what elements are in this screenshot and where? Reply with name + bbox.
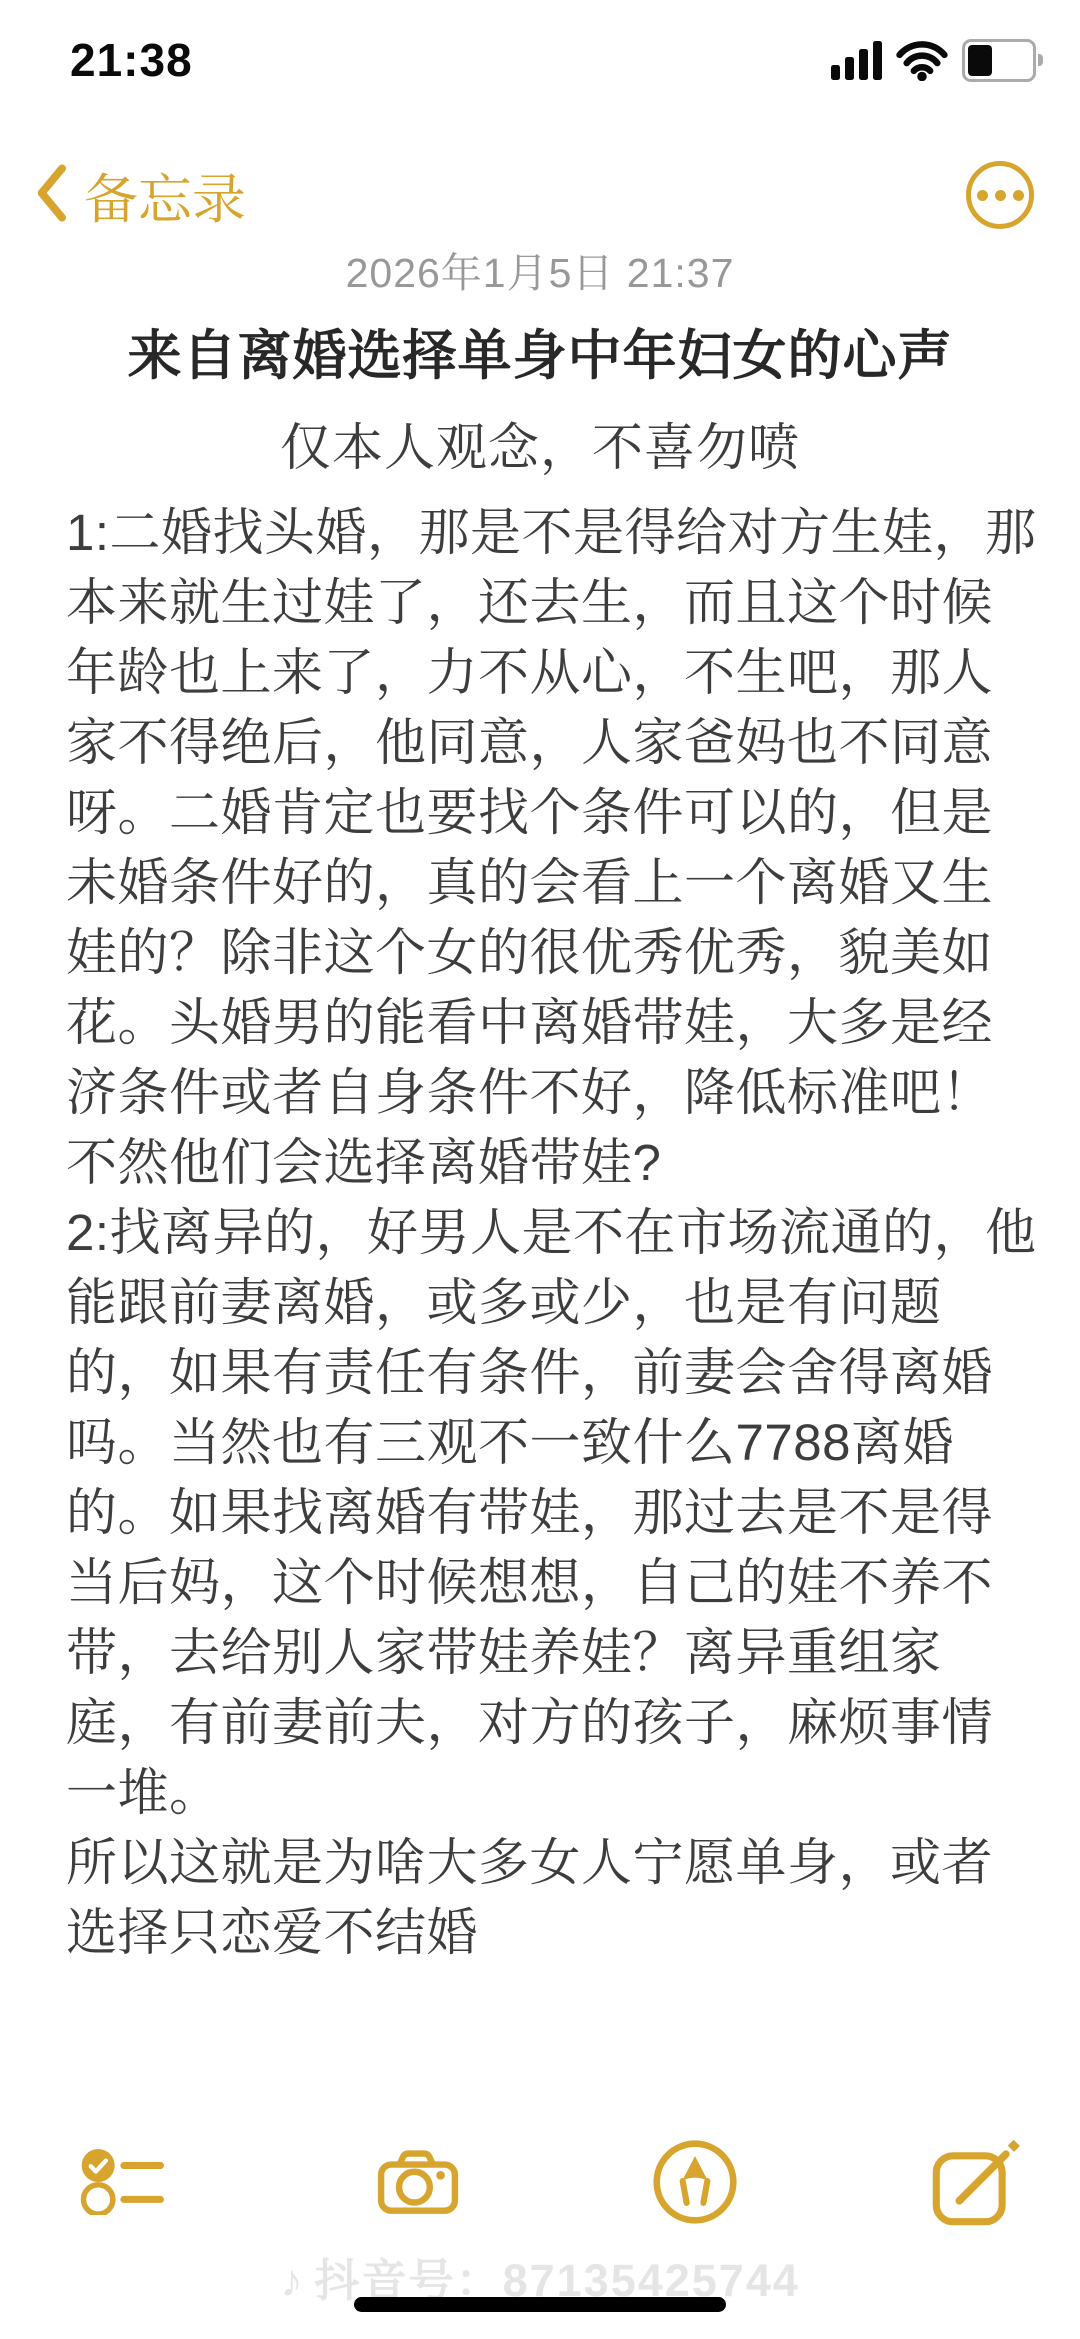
camera-button[interactable] (377, 2149, 459, 2216)
status-bar: 21:38 (0, 28, 1080, 92)
note-line: 选择只恋爱不结婚 (66, 1898, 1014, 1968)
checklist-button[interactable] (58, 2149, 186, 2215)
more-button[interactable] (966, 161, 1034, 229)
note-line: 呀。二婚肯定也要找个条件可以的，但是 (66, 778, 1014, 848)
note-line: 2:找离异的，好男人是不在市场流通的，他 (66, 1198, 1014, 1268)
compose-icon (930, 2136, 1022, 2228)
note-line: 庭，有前妻前夫，对方的孩子，麻烦事情 (66, 1688, 1014, 1758)
chevron-left-icon (34, 163, 68, 228)
note-line: 本来就生过娃了，还去生，而且这个时候 (66, 568, 1014, 638)
note-line: 能跟前妻离婚，或多或少，也是有问题 (66, 1268, 1014, 1338)
notes-app-screen: 21:38 备忘录 (0, 0, 1080, 2339)
home-indicator[interactable] (354, 2297, 726, 2312)
wifi-icon (896, 40, 948, 81)
note-line: 带，去给别人家带娃养娃？离异重组家 (66, 1618, 1014, 1688)
camera-icon (377, 2149, 459, 2216)
note-line: 济条件或者自身条件不好，降低标准吧！ (66, 1058, 1014, 1128)
clock: 21:38 (70, 33, 193, 87)
note-body-text-area[interactable]: 1:二婚找头婚，那是不是得给对方生娃，那本来就生过娃了，还去生，而且这个时候年龄… (0, 498, 1080, 1968)
note-subtitle: 仅本人观念，不喜勿喷 (0, 406, 1080, 480)
checklist-icon (58, 2149, 186, 2215)
cellular-signal-icon (831, 40, 882, 80)
note-line: 吗。当然也有三观不一致什么7788离婚 (66, 1408, 1014, 1478)
status-icons (831, 39, 1036, 82)
note-line: 当后妈，这个时候想想，自己的娃不养不 (66, 1548, 1014, 1618)
music-note-icon: ♪ (280, 2255, 305, 2306)
note-date: 2026年1月5日 21:37 (0, 240, 1080, 299)
note-line: 年龄也上来了，力不从心，不生吧，那人 (66, 638, 1014, 708)
markup-button[interactable] (651, 2138, 739, 2226)
note-line: 花。头婚男的能看中离婚带娃，大多是经 (66, 988, 1014, 1058)
note-line: 未婚条件好的，真的会看上一个离婚又生 (66, 848, 1014, 918)
nav-bar: 备忘录 (34, 150, 1034, 240)
compose-button[interactable] (930, 2136, 1022, 2228)
note-line: 的。如果找离婚有带娃，那过去是不是得 (66, 1478, 1014, 1548)
note-line: 1:二婚找头婚，那是不是得给对方生娃，那 (66, 498, 1014, 568)
battery-icon (962, 39, 1036, 82)
back-label: 备忘录 (84, 157, 246, 234)
note-line: 家不得绝后，他同意，人家爸妈也不同意 (66, 708, 1014, 778)
note-content: 2026年1月5日 21:37 来自离婚选择单身中年妇女的心声 仅本人观念，不喜… (0, 240, 1080, 1968)
note-line: 娃的？除非这个女的很优秀优秀，貌美如 (66, 918, 1014, 988)
note-line: 一堆。 (66, 1758, 1014, 1828)
note-line: 所以这就是为啥大多女人宁愿单身，或者 (66, 1828, 1014, 1898)
note-line: 不然他们会选择离婚带娃? (66, 1128, 1014, 1198)
ellipsis-icon (977, 190, 1024, 201)
note-title: 来自离婚选择单身中年妇女的心声 (0, 313, 1080, 390)
back-button[interactable]: 备忘录 (34, 157, 246, 234)
markup-pen-icon (651, 2138, 739, 2226)
note-line: 的，如果有责任有条件，前妻会舍得离婚 (66, 1338, 1014, 1408)
bottom-toolbar (58, 2136, 1022, 2228)
